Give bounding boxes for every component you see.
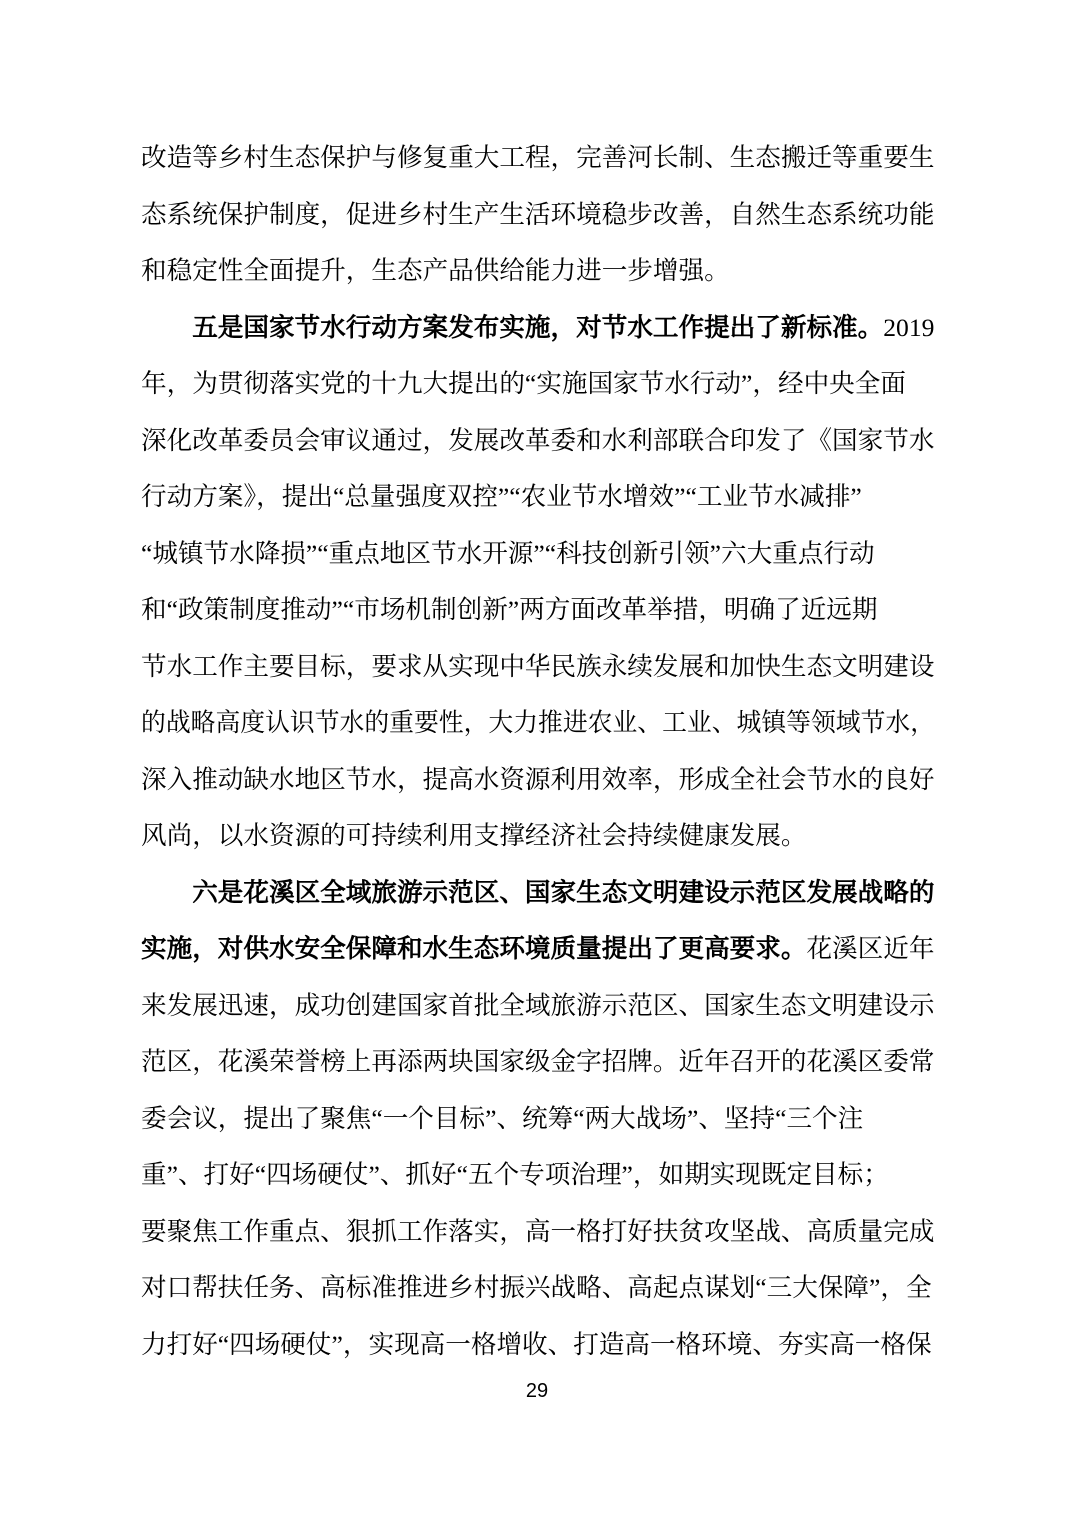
text-line: 深化改革委员会审议通过，发展改革委和水利部联合印发了《国家节水 xyxy=(141,413,935,470)
text-segment: 风尚，以水资源的可持续利用支撑经济社会持续健康发展。 xyxy=(141,821,806,850)
text-segment: 和稳定性全面提升，生态产品供给能力进一步增强。 xyxy=(141,256,730,285)
text-segment: 要聚焦工作重点、狠抓工作落实，高一格打好扶贫攻坚战、高质量完成 xyxy=(141,1217,934,1246)
text-line: 范区，花溪荣誉榜上再添两块国家级金字招牌。近年召开的花溪区委常 xyxy=(141,1034,935,1091)
text-line: 力打好“四场硬仗”，实现高一格增收、打造高一格环境、夯实高一格保 xyxy=(141,1317,935,1374)
bold-text-segment: 五是国家节水行动方案发布实施，对节水工作提出了新标准。 xyxy=(192,313,883,342)
text-segment: 行动方案》，提出“总量强度双控”“农业节水增效”“工业节水减排” xyxy=(141,482,862,511)
text-line: 年，为贯彻落实党的十九大提出的“实施国家节水行动”，经中央全面 xyxy=(141,356,935,413)
text-line: 深入推动缺水地区节水，提高水资源利用效率，形成全社会节水的良好 xyxy=(141,752,935,809)
text-line: 六是花溪区全域旅游示范区、国家生态文明建设示范区发展战略的 xyxy=(141,865,935,922)
text-line: 改造等乡村生态保护与修复重大工程，完善河长制、生态搬迁等重要生 xyxy=(141,130,935,187)
text-segment: 节水工作主要目标，要求从实现中华民族永续发展和加快生态文明建设 xyxy=(141,652,934,681)
text-segment: 的战略高度认识节水的重要性，大力推进农业、工业、城镇等领域节水， xyxy=(141,708,935,737)
text-segment: 花溪区近年 xyxy=(806,934,934,963)
text-block: 改造等乡村生态保护与修复重大工程，完善河长制、生态搬迁等重要生态系统保护制度，促… xyxy=(141,130,935,1373)
text-line: 行动方案》，提出“总量强度双控”“农业节水增效”“工业节水减排” xyxy=(141,469,935,526)
text-line: 实施，对供水安全保障和水生态环境质量提出了更高要求。花溪区近年 xyxy=(141,921,935,978)
document-page: 改造等乡村生态保护与修复重大工程，完善河长制、生态搬迁等重要生态系统保护制度，促… xyxy=(0,0,1074,1520)
text-segment: 范区，花溪荣誉榜上再添两块国家级金字招牌。近年召开的花溪区委常 xyxy=(141,1047,934,1076)
text-segment: 来发展迅速，成功创建国家首批全域旅游示范区、国家生态文明建设示 xyxy=(141,991,934,1020)
text-line: 风尚，以水资源的可持续利用支撑经济社会持续健康发展。 xyxy=(141,808,935,865)
text-segment: “城镇节水降损”“重点地区节水开源”“科技创新引领”六大重点行动 xyxy=(141,539,875,568)
text-line: 五是国家节水行动方案发布实施，对节水工作提出了新标准。2019 xyxy=(141,300,935,357)
text-line: 重”、打好“四场硬仗”、抓好“五个专项治理”，如期实现既定目标； xyxy=(141,1147,935,1204)
text-segment: 委会议，提出了聚焦“一个目标”、统筹“两大战场”、坚持“三个注 xyxy=(141,1104,863,1133)
text-segment: 态系统保护制度，促进乡村生产生活环境稳步改善，自然生态系统功能 xyxy=(141,200,934,229)
text-segment: 力打好“四场硬仗”，实现高一格增收、打造高一格环境、夯实高一格保 xyxy=(141,1330,932,1359)
text-segment: 和“政策制度推动”“市场机制创新”两方面改革举措，明确了近远期 xyxy=(141,595,877,624)
text-segment: 对口帮扶任务、高标准推进乡村振兴战略、高起点谋划“三大保障”，全 xyxy=(141,1273,932,1302)
text-segment: 深入推动缺水地区节水，提高水资源利用效率，形成全社会节水的良好 xyxy=(141,765,934,794)
text-segment: 重”、打好“四场硬仗”、抓好“五个专项治理”，如期实现既定目标； xyxy=(141,1160,889,1189)
text-line: 对口帮扶任务、高标准推进乡村振兴战略、高起点谋划“三大保障”，全 xyxy=(141,1260,935,1317)
text-segment: 改造等乡村生态保护与修复重大工程，完善河长制、生态搬迁等重要生 xyxy=(141,143,934,172)
text-line: 委会议，提出了聚焦“一个目标”、统筹“两大战场”、坚持“三个注 xyxy=(141,1091,935,1148)
text-line: 节水工作主要目标，要求从实现中华民族永续发展和加快生态文明建设 xyxy=(141,639,935,696)
text-line: 和稳定性全面提升，生态产品供给能力进一步增强。 xyxy=(141,243,935,300)
text-segment: 2019 xyxy=(883,313,934,342)
text-line: 的战略高度认识节水的重要性，大力推进农业、工业、城镇等领域节水， xyxy=(141,695,911,752)
text-line: 态系统保护制度，促进乡村生产生活环境稳步改善，自然生态系统功能 xyxy=(141,187,935,244)
text-line: 和“政策制度推动”“市场机制创新”两方面改革举措，明确了近远期 xyxy=(141,582,935,639)
bold-text-segment: 实施，对供水安全保障和水生态环境质量提出了更高要求。 xyxy=(141,934,806,963)
text-line: 要聚焦工作重点、狠抓工作落实，高一格打好扶贫攻坚战、高质量完成 xyxy=(141,1204,935,1261)
text-segment: 年，为贯彻落实党的十九大提出的“实施国家节水行动”，经中央全面 xyxy=(141,369,906,398)
bold-text-segment: 六是花溪区全域旅游示范区、国家生态文明建设示范区发展战略的 xyxy=(192,878,934,907)
text-line: 来发展迅速，成功创建国家首批全域旅游示范区、国家生态文明建设示 xyxy=(141,978,935,1035)
page-number: 29 xyxy=(0,1380,1074,1403)
text-line: “城镇节水降损”“重点地区节水开源”“科技创新引领”六大重点行动 xyxy=(141,526,935,583)
text-segment: 深化改革委员会审议通过，发展改革委和水利部联合印发了《国家节水 xyxy=(141,426,934,455)
